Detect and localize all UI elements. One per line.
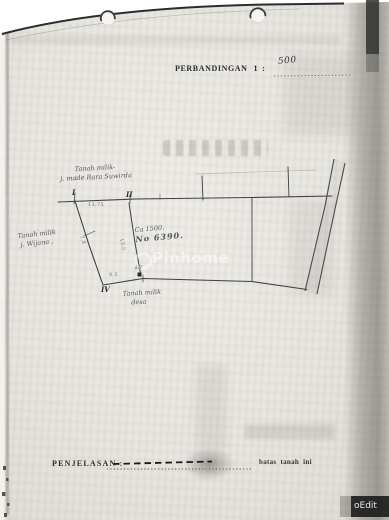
scale-colon: : [262, 64, 265, 73]
scale-value-handwritten: 500 [278, 55, 297, 67]
watermark-text: Pinhome [152, 249, 229, 267]
editor-badge: oEdit [351, 496, 389, 517]
neighbor-upper-line [196, 170, 316, 174]
legend-boundary-text: batas tanah ini [259, 458, 312, 466]
scan-dark-bar-fade [366, 54, 379, 72]
photo-background-top [0, 0, 389, 37]
scale-number: 1 [254, 64, 259, 73]
measurement-south: 8.5 [109, 272, 118, 278]
legend-label: PENJELASAN : [52, 459, 124, 468]
editor-badge-fade [340, 496, 351, 517]
label-owner-south: Tanah milik desa [115, 288, 162, 307]
photo-background-left [0, 36, 5, 520]
survey-point-I: I [72, 188, 75, 197]
scale-dotted-line [274, 75, 352, 76]
label-parcel-number: Ca 1500. No 6390. [134, 222, 184, 243]
scan-dark-bar [366, 0, 379, 54]
road-strip [305, 159, 345, 294]
survey-marker-square [138, 273, 142, 277]
legend-boundary-symbol [113, 462, 212, 465]
parcel-sketch [58, 167, 332, 290]
neighbor-stub-1 [202, 176, 203, 200]
survey-point-IV: IV [101, 285, 110, 294]
road-fill [305, 159, 345, 294]
measurement-north: 13.75 [88, 202, 104, 208]
scale-row: PERBANDINGAN1: [175, 64, 265, 73]
survey-point-II: II [126, 190, 133, 199]
neighbor-stub-2 [288, 167, 289, 197]
watermark-logo-circle [134, 252, 152, 270]
scale-label: PERBANDINGAN [175, 64, 248, 73]
south-boundary-line [103, 279, 307, 290]
legend-line-group [107, 462, 253, 470]
